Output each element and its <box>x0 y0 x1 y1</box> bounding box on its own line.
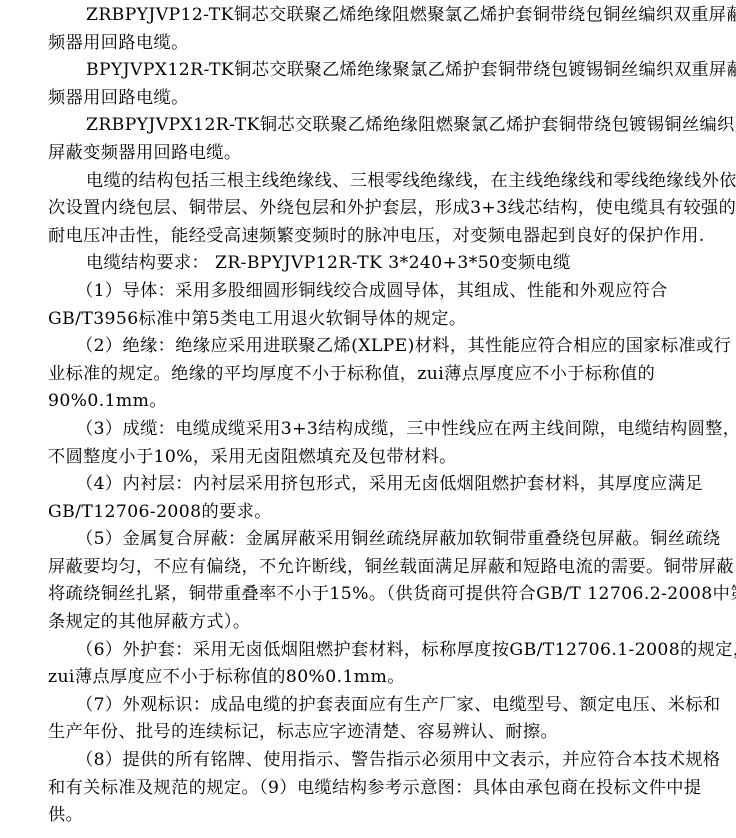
text-line: BPYJVPX12R-TK铜芯交联聚乙烯绝缘聚氯乙烯护套铜带绕包镀锡铜丝编织双重… <box>10 57 734 85</box>
text-line: ZRBPYJVPX12R-TK铜芯交联聚乙烯绝缘阻燃聚氯乙烯护套铜带绕包镀锡铜丝… <box>10 112 734 140</box>
text-line: 次设置内绕包层、铜带层、外绕包层和外护套层，形成3+3线芯结构，使电缆具有较强的 <box>10 195 734 223</box>
text-line: ZRBPYJVP12-TK铜芯交联聚乙烯绝缘阻燃聚氯乙烯护套铜带绕包铜丝编织双重… <box>10 2 734 30</box>
text-line: GB/T3956标准中第5类电工用退火软铜导体的规定。 <box>10 306 734 334</box>
text-line: （2）绝缘：绝缘应采用进联聚乙烯(XLPE)材料，其性能应符合相应的国家标准或行 <box>10 333 734 361</box>
text-line: 和有关标准及规范的规定。（9）电缆结构参考示意图：具体由承包商在投标文件中提 <box>10 775 734 803</box>
list-item-conductor: （1）导体：采用多股细圆形铜线绞合成圆导体，其组成、性能和外观应符合 GB/T3… <box>10 278 734 333</box>
list-item-outer-sheath: （6）外护套：采用无卤低烟阻燃护套材料，标称厚度按GB/T12706.1-200… <box>10 637 734 692</box>
text-line: （4）内衬层：内衬层采用挤包形式，采用无卤低烟阻燃护套材料，其厚度应满足 <box>10 471 734 499</box>
list-item-labels-and-diagram: （8）提供的所有铭牌、使用指示、警告指示必须用中文表示，并应符合本技术规格 和有… <box>10 747 734 830</box>
text-line: 频器用回路电缆。 <box>10 85 734 113</box>
text-line: （6）外护套：采用无卤低烟阻燃护套材料，标称厚度按GB/T12706.1-200… <box>10 637 734 665</box>
text-line: 电缆的结构包括三根主线绝缘线、三根零线绝缘线，在主线绝缘线和零线绝缘线外依 <box>10 168 734 196</box>
text-line: （3）成缆：电缆成缆采用3+3结构成缆，三中性线应在两主线间隙，电缆结构圆整， <box>10 416 734 444</box>
text-line: 条规定的其他屏蔽方式）。 <box>10 609 734 637</box>
text-line: （7）外观标识：成品电缆的护套表面应有生产厂家、电缆型号、额定电压、米标和 <box>10 692 734 720</box>
text-line: （1）导体：采用多股细圆形铜线绞合成圆导体，其组成、性能和外观应符合 <box>10 278 734 306</box>
text-line: 生产年份、批号的连续标记，标志应字迹清楚、容易辨认、耐擦。 <box>10 719 734 747</box>
paragraph-model-zrbpyjvpx12r-tk: ZRBPYJVPX12R-TK铜芯交联聚乙烯绝缘阻燃聚氯乙烯护套铜带绕包镀锡铜丝… <box>10 112 734 167</box>
text-line: 供。 <box>10 802 734 830</box>
text-line: 不圆整度小于10%，采用无卤阻燃填充及包带材料。 <box>10 444 734 472</box>
text-line: 屏蔽变频器用回路电缆。 <box>10 140 734 168</box>
text-line: 将疏绕铜丝扎紧，铜带重叠率不小于15%。（供货商可提供符合GB/T 12706.… <box>10 581 734 609</box>
text-line: zui薄点厚度应不小于标称值的80%0.1mm。 <box>10 664 734 692</box>
list-item-metal-shield: （5）金属复合屏蔽：金属屏蔽采用铜丝疏绕屏蔽加软铜带重叠绕包屏蔽。铜丝疏绕 屏蔽… <box>10 526 734 636</box>
text-line: （8）提供的所有铭牌、使用指示、警告指示必须用中文表示，并应符合本技术规格 <box>10 747 734 775</box>
paragraph-model-bpyjvpx12r-tk: BPYJVPX12R-TK铜芯交联聚乙烯绝缘聚氯乙烯护套铜带绕包镀锡铜丝编织双重… <box>10 57 734 112</box>
text-line: （5）金属复合屏蔽：金属屏蔽采用铜丝疏绕屏蔽加软铜带重叠绕包屏蔽。铜丝疏绕 <box>10 526 734 554</box>
text-line: 频器用回路电缆。 <box>10 30 734 58</box>
text-line: GB/T12706-2008的要求。 <box>10 499 734 527</box>
text-line: 90%0.1mm。 <box>10 388 734 416</box>
document-body: ZRBPYJVP12-TK铜芯交联聚乙烯绝缘阻燃聚氯乙烯护套铜带绕包铜丝编织双重… <box>10 2 734 830</box>
section-heading: 电缆结构要求： ZR-BPYJVP12R-TK 3*240+3*50变频电缆 <box>10 250 734 278</box>
list-item-insulation: （2）绝缘：绝缘应采用进联聚乙烯(XLPE)材料，其性能应符合相应的国家标准或行… <box>10 333 734 416</box>
text-line: 屏蔽要均匀，不应有偏绕，不允许断线，铜丝载面满足屏蔽和短路电流的需要。铜带屏蔽 <box>10 554 734 582</box>
list-item-cabling: （3）成缆：电缆成缆采用3+3结构成缆，三中性线应在两主线间隙，电缆结构圆整， … <box>10 416 734 471</box>
paragraph-structure-requirements-heading: 电缆结构要求： ZR-BPYJVP12R-TK 3*240+3*50变频电缆 <box>10 250 734 278</box>
list-item-inner-lining: （4）内衬层：内衬层采用挤包形式，采用无卤低烟阻燃护套材料，其厚度应满足 GB/… <box>10 471 734 526</box>
list-item-marking: （7）外观标识：成品电缆的护套表面应有生产厂家、电缆型号、额定电压、米标和 生产… <box>10 692 734 747</box>
text-line: 业标准的规定。绝缘的平均厚度不小于标称值，zui薄点厚度应不小于标称值的 <box>10 361 734 389</box>
paragraph-cable-structure-description: 电缆的结构包括三根主线绝缘线、三根零线绝缘线，在主线绝缘线和零线绝缘线外依 次设… <box>10 168 734 251</box>
paragraph-model-zrbpyjvp12-tk: ZRBPYJVP12-TK铜芯交联聚乙烯绝缘阻燃聚氯乙烯护套铜带绕包铜丝编织双重… <box>10 2 734 57</box>
text-line: 耐电压冲击性，能经受高速频繁变频时的脉冲电压，对变频电器起到良好的保护作用. <box>10 223 734 251</box>
